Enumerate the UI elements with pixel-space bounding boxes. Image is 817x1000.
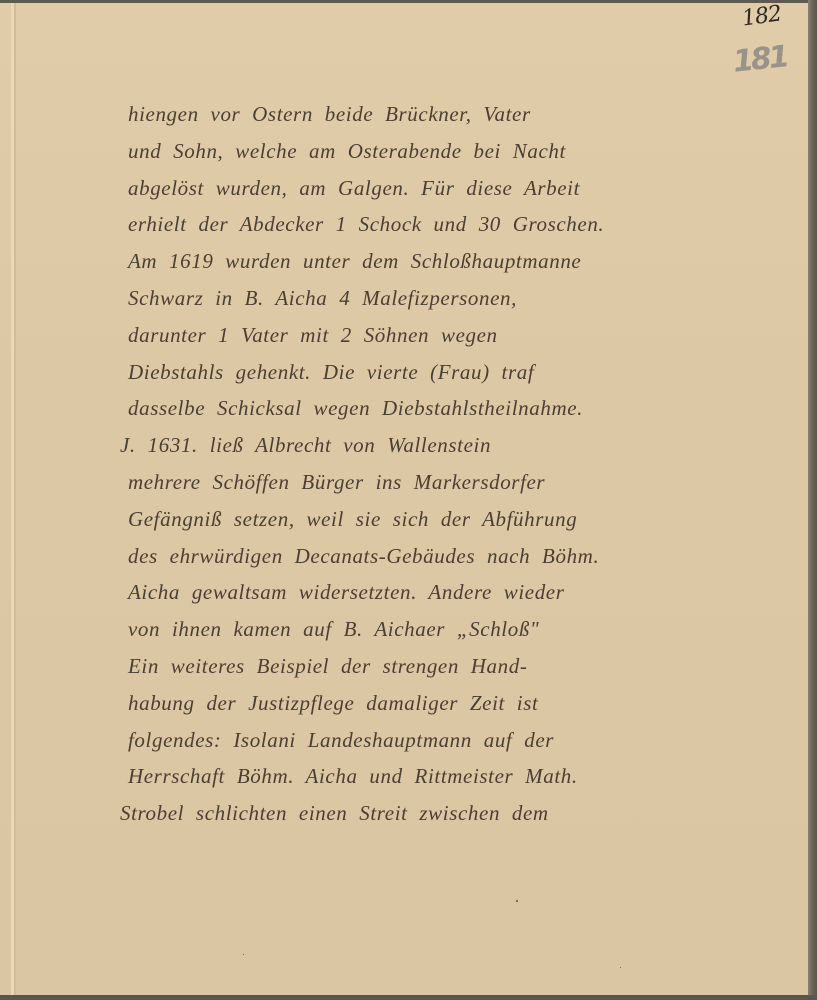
scan-bottom-edge bbox=[0, 995, 817, 1000]
text-line: Aicha gewaltsam widersetzten. Andere wie… bbox=[128, 574, 778, 611]
text-line: mehrere Schöffen Bürger ins Markersdorfe… bbox=[128, 464, 778, 501]
text-line: Am 1619 wurden unter dem Schloßhauptmann… bbox=[128, 243, 778, 280]
text-line: Ein weiteres Beispiel der strengen Hand- bbox=[128, 648, 778, 685]
text-line: J. 1631. ließ Albrecht von Wallenstein bbox=[120, 427, 778, 464]
paper-speck bbox=[516, 900, 518, 902]
text-line: folgendes: Isolani Landeshauptmann auf d… bbox=[128, 722, 778, 759]
page-fold-shadow bbox=[14, 3, 16, 995]
text-line: Schwarz in B. Aicha 4 Malefizpersonen, bbox=[128, 280, 778, 317]
text-line: darunter 1 Vater mit 2 Söhnen wegen bbox=[128, 317, 778, 354]
text-line: Herrschaft Böhm. Aicha und Rittmeister M… bbox=[128, 758, 778, 795]
text-line: Gefängniß setzen, weil sie sich der Abfü… bbox=[128, 501, 778, 538]
paper-speck bbox=[620, 967, 621, 968]
text-line: hiengen vor Ostern beide Brückner, Vater bbox=[128, 96, 778, 133]
text-line: habung der Justizpflege damaliger Zeit i… bbox=[128, 685, 778, 722]
text-line: Strobel schlichten einen Streit zwischen… bbox=[120, 795, 778, 832]
text-line: dasselbe Schicksal wegen Diebstahlstheil… bbox=[128, 390, 778, 427]
text-line: des ehrwürdigen Decanats-Gebäudes nach B… bbox=[128, 538, 778, 575]
text-line: abgelöst wurden, am Galgen. Für diese Ar… bbox=[128, 170, 778, 207]
text-line: von ihnen kamen auf B. Aichaer „Schloß" bbox=[128, 611, 778, 648]
scan-right-edge bbox=[808, 0, 817, 1000]
text-line: erhielt der Abdecker 1 Schock und 30 Gro… bbox=[128, 206, 778, 243]
text-line: Diebstahls gehenkt. Die vierte (Frau) tr… bbox=[128, 354, 778, 391]
paper-speck bbox=[243, 954, 244, 955]
text-line: und Sohn, welche am Osterabende bei Nach… bbox=[128, 133, 778, 170]
handwritten-text-block: hiengen vor Ostern beide Brückner, Vater… bbox=[128, 96, 778, 832]
page-number-pencil: 181 bbox=[731, 39, 788, 79]
